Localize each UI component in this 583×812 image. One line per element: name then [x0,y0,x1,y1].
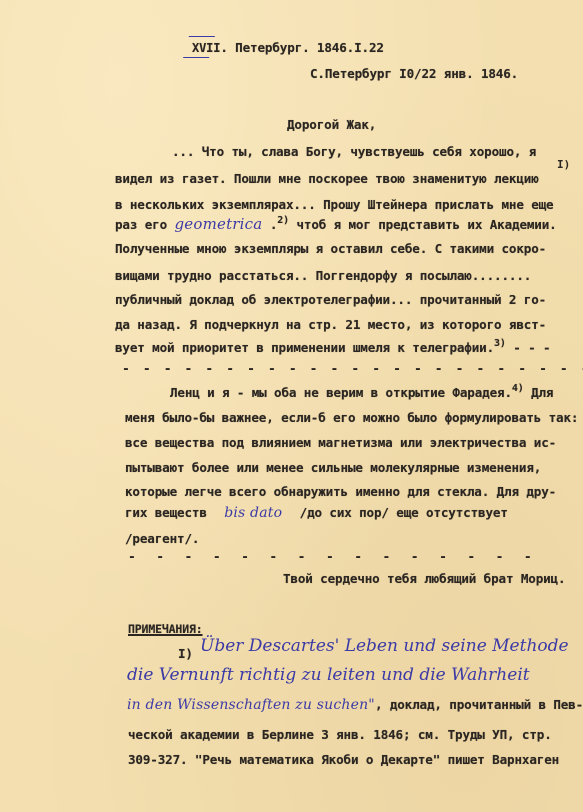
note-line: ческой академии в Берлине 3 янв. 1846; с… [128,727,552,742]
body-line: Полученные мною экземпляры я оставил себ… [115,241,546,256]
body-line: /реагент/. [125,531,199,546]
signature: Твой сердечно тебя любящий брат Мориц. [283,571,565,586]
body-line: да назад. Я подчеркнул на стр. 21 место,… [115,317,546,332]
note-line: in den Wissenschaften zu suchen", доклад… [127,697,583,713]
body-line: все вещества под влиянием магнетизма или… [125,435,556,450]
body-line: меня было-бы важнее, если-б его можно бы… [125,410,578,425]
footnote-marker: 2) [277,215,289,226]
footnote-marker: 4) [512,383,524,394]
header-line-1: XVII. Петербург. 1846.I.22 [192,40,384,55]
body-line: которые легче всего обнаружить именно дл… [125,484,556,499]
body-line: в нескольких экземплярах... Прошу Штейне… [115,197,554,212]
body-line: Ленц и я - мы оба не верим в открытие Фа… [170,385,553,400]
body-line: раз его geometrica .2) чтоб я мог предст… [115,215,557,233]
header-line-2: С.Петербург I0/22 янв. 1846. [310,66,518,81]
body-line: гих веществ bis dato /до сих пор/ еще от… [125,505,508,521]
footnote-marker: I) [557,158,570,171]
body-line: ... Что ты, слава Богу, чувствуешь себя … [172,144,536,159]
handwritten-title-line-2: die Vernunft richtig zu leiten und die W… [127,665,530,685]
notes-heading: ПРИМЕЧАНИЯ: [128,622,203,636]
note-line: 309-327. "Речь математика Якоби о Декарт… [128,752,559,767]
body-line: пытывают более или менее сильные молекул… [125,460,541,475]
body-line: вищами трудно расстаться.. Поггендорфу я… [115,268,531,283]
footnote-marker: 3) [494,338,506,349]
handwritten-insert: bis dato [214,505,292,521]
handwritten-title-line-1: Über Descartes' Leben und seine Methode [200,636,569,656]
roman-numeral: XVII [192,41,220,55]
handwritten-title-line-3: in den Wissenschaften zu suchen" [127,697,375,713]
separator-dashes: - - - - - - - - - - - - - - - - - - - - … [122,362,583,377]
body-line: видел из газет. Пошли мне поскорее твою … [115,171,539,186]
body-line: публичный доклад об электротелеграфии...… [115,292,546,307]
handwritten-insert: geometrica [174,215,262,233]
note-number: I) [178,646,193,661]
separator-dashes: - - - - - - - - - - - - - - - [128,550,533,565]
body-line: вует мой приоритет в применении шмеля к … [115,340,550,355]
salutation: Дорогой Жак, [287,117,376,132]
